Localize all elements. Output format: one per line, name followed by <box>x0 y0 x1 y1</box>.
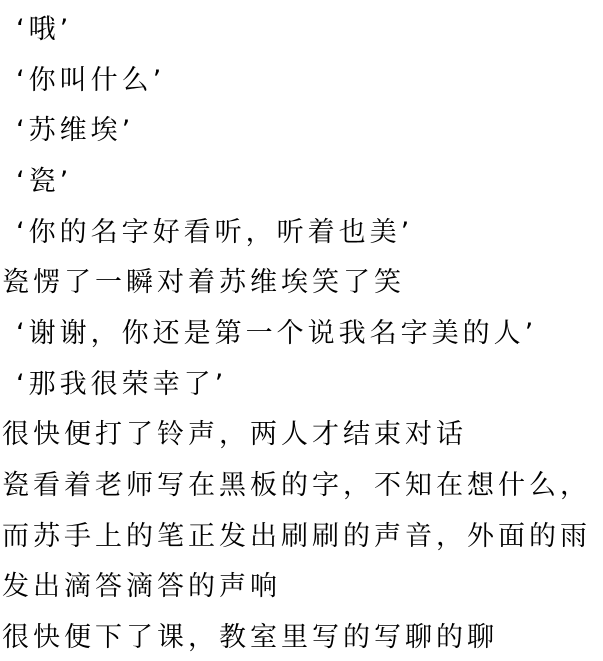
text-line: 很快便打了铃声，两人才结束对话 <box>2 407 603 458</box>
text-line: ‘瓷’ <box>2 153 603 204</box>
text-line: ‘哦’ <box>2 1 603 52</box>
text-line: ‘苏维埃’ <box>2 102 603 153</box>
text-line: 瓷看着老师写在黑板的字，不知在想什么， <box>2 457 603 508</box>
text-line: 发出滴答滴答的声响 <box>2 559 603 610</box>
text-line: ‘那我很荣幸了’ <box>2 356 603 407</box>
story-page: ‘哦’ ‘你叫什么’ ‘苏维埃’ ‘瓷’ ‘你的名字好看听，听着也美’ 瓷愣了一… <box>0 0 603 661</box>
text-line: ‘你叫什么’ <box>2 52 603 103</box>
text-line: 瓷愣了一瞬对着苏维埃笑了笑 <box>2 254 603 305</box>
text-line: 而苏手上的笔正发出刷刷的声音，外面的雨 <box>2 508 603 559</box>
text-line: ‘谢谢，你还是第一个说我名字美的人’ <box>2 305 603 356</box>
text-line: ‘你的名字好看听，听着也美’ <box>2 204 603 255</box>
text-line: 很快便下了课，教室里写的写聊的聊 <box>2 609 603 660</box>
